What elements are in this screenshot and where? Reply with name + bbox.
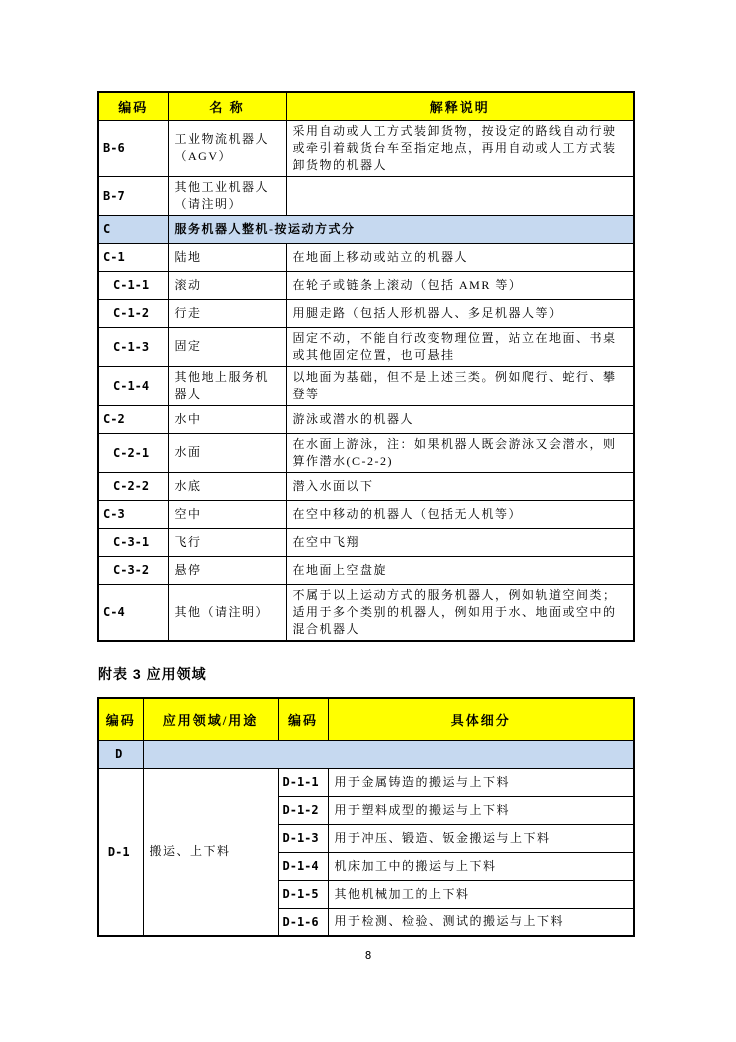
desc-cell: 在轮子或链条上滚动（包括 AMR 等） [286,271,634,299]
table-row-C-3: C-3空中在空中移动的机器人（包括无人机等） [98,500,634,528]
code-cell: D-1-4 [278,852,328,880]
desc-cell: 用于塑料成型的搬运与上下料 [328,796,634,824]
table-row-C-4: C-4其他（请注明）不属于以上运动方式的服务机器人，例如轨道空间类；适用于多个类… [98,584,634,641]
name-cell: 固定 [168,327,286,366]
code-cell: D-1-2 [278,796,328,824]
page-number: 8 [0,949,736,962]
table1-header-cell-0: 编码 [98,92,168,120]
name-cell: 其他工业机器人（请注明） [168,176,286,215]
desc-cell: 游泳或潜水的机器人 [286,405,634,433]
table-row-C-3-1: C-3-1飞行在空中飞翔 [98,528,634,556]
desc-cell: 在地面上空盘旋 [286,556,634,584]
application-domain-table: 编码应用领域/用途编码具体细分 DD-1搬运、上下料D-1-1用于金属铸造的搬运… [97,697,635,937]
group-name-cell: 搬运、上下料 [143,768,278,936]
robot-motion-classification-table: 编码名 称解释说明 B-6工业物流机器人（AGV）采用自动或人工方式装卸货物，按… [97,91,635,642]
name-cell: 行走 [168,299,286,327]
code-cell: C-2 [98,405,168,433]
table1-header-row: 编码名 称解释说明 [98,92,634,120]
name-cell: 水底 [168,472,286,500]
code-cell: C-1 [98,243,168,271]
table-row-D: D [98,740,634,768]
table2-header-cell-0: 编码 [98,698,143,740]
desc-cell: 潜入水面以下 [286,472,634,500]
table-row-C-3-2: C-3-2悬停在地面上空盘旋 [98,556,634,584]
table-row-B-7: B-7其他工业机器人（请注明） [98,176,634,215]
code-cell: C-4 [98,584,168,641]
code-cell: B-6 [98,120,168,176]
name-cell: 水中 [168,405,286,433]
code-cell: C-1-2 [98,299,168,327]
code-cell: C-1-1 [98,271,168,299]
desc-cell: 以地面为基础，但不是上述三类。例如爬行、蛇行、攀登等 [286,366,634,405]
table-row-C-2-2: C-2-2水底潜入水面以下 [98,472,634,500]
code-cell: C-1-3 [98,327,168,366]
desc-cell [286,176,634,215]
desc-cell: 在地面上移动或站立的机器人 [286,243,634,271]
desc-cell: 机床加工中的搬运与上下料 [328,852,634,880]
table-row-C-1: C-1陆地在地面上移动或站立的机器人 [98,243,634,271]
code-cell: D-1-1 [278,768,328,796]
desc-cell: 用腿走路（包括人形机器人、多足机器人等） [286,299,634,327]
table2-header-cell-3: 具体细分 [328,698,634,740]
table-row-B-6: B-6工业物流机器人（AGV）采用自动或人工方式装卸货物，按设定的路线自动行驶或… [98,120,634,176]
name-cell: 水面 [168,433,286,472]
desc-cell: 在空中移动的机器人（包括无人机等） [286,500,634,528]
code-cell: C-3 [98,500,168,528]
desc-cell: 在水面上游泳，注：如果机器人既会游泳又会潜水，则算作潜水(C-2-2) [286,433,634,472]
desc-cell: 采用自动或人工方式装卸货物，按设定的路线自动行驶或牵引着载货台车至指定地点，再用… [286,120,634,176]
table-row-C-2: C-2水中游泳或潜水的机器人 [98,405,634,433]
code-cell: C-1-4 [98,366,168,405]
table2-header-cell-1: 应用领域/用途 [143,698,278,740]
table-row-C: C服务机器人整机-按运动方式分 [98,215,634,243]
table2-header-row: 编码应用领域/用途编码具体细分 [98,698,634,740]
name-cell: 悬停 [168,556,286,584]
code-cell: D [98,740,143,768]
desc-cell: 用于检测、检验、测试的搬运与上下料 [328,908,634,936]
table-row-C-1-2: C-1-2行走用腿走路（包括人形机器人、多足机器人等） [98,299,634,327]
code-cell: C-3-1 [98,528,168,556]
desc-cell: 不属于以上运动方式的服务机器人，例如轨道空间类；适用于多个类别的机器人，例如用于… [286,584,634,641]
table1-header-cell-1: 名 称 [168,92,286,120]
name-cell: 滚动 [168,271,286,299]
document-page: 编码名 称解释说明 B-6工业物流机器人（AGV）采用自动或人工方式装卸货物，按… [0,0,736,1042]
name-cell: 工业物流机器人（AGV） [168,120,286,176]
code-cell: C-2-1 [98,433,168,472]
desc-cell: 在空中飞翔 [286,528,634,556]
desc-cell: 固定不动，不能自行改变物理位置，站立在地面、书桌或其他固定位置，也可悬挂 [286,327,634,366]
section-title-cell [143,740,634,768]
code-cell: B-7 [98,176,168,215]
name-cell: 飞行 [168,528,286,556]
name-cell: 陆地 [168,243,286,271]
name-cell: 空中 [168,500,286,528]
table3-title: 附表 3 应用领域 [98,664,207,684]
name-cell: 其他（请注明） [168,584,286,641]
code-cell: C-2-2 [98,472,168,500]
table-row-C-1-3: C-1-3固定固定不动，不能自行改变物理位置，站立在地面、书桌或其他固定位置，也… [98,327,634,366]
group-code-cell: D-1 [98,768,143,936]
desc-cell: 其他机械加工的上下料 [328,880,634,908]
code-cell: C-3-2 [98,556,168,584]
table-row-C-2-1: C-2-1水面在水面上游泳，注：如果机器人既会游泳又会潜水，则算作潜水(C-2-… [98,433,634,472]
desc-cell: 用于金属铸造的搬运与上下料 [328,768,634,796]
code-cell: D-1-5 [278,880,328,908]
code-cell: C [98,215,168,243]
desc-cell: 用于冲压、锻造、钣金搬运与上下料 [328,824,634,852]
table-row-D-1-1: D-1搬运、上下料D-1-1用于金属铸造的搬运与上下料 [98,768,634,796]
table1-header-cell-2: 解释说明 [286,92,634,120]
table2-header-cell-2: 编码 [278,698,328,740]
code-cell: D-1-3 [278,824,328,852]
name-cell: 其他地上服务机器人 [168,366,286,405]
section-title-cell: 服务机器人整机-按运动方式分 [168,215,634,243]
table-row-C-1-1: C-1-1滚动在轮子或链条上滚动（包括 AMR 等） [98,271,634,299]
table-row-C-1-4: C-1-4其他地上服务机器人以地面为基础，但不是上述三类。例如爬行、蛇行、攀登等 [98,366,634,405]
code-cell: D-1-6 [278,908,328,936]
